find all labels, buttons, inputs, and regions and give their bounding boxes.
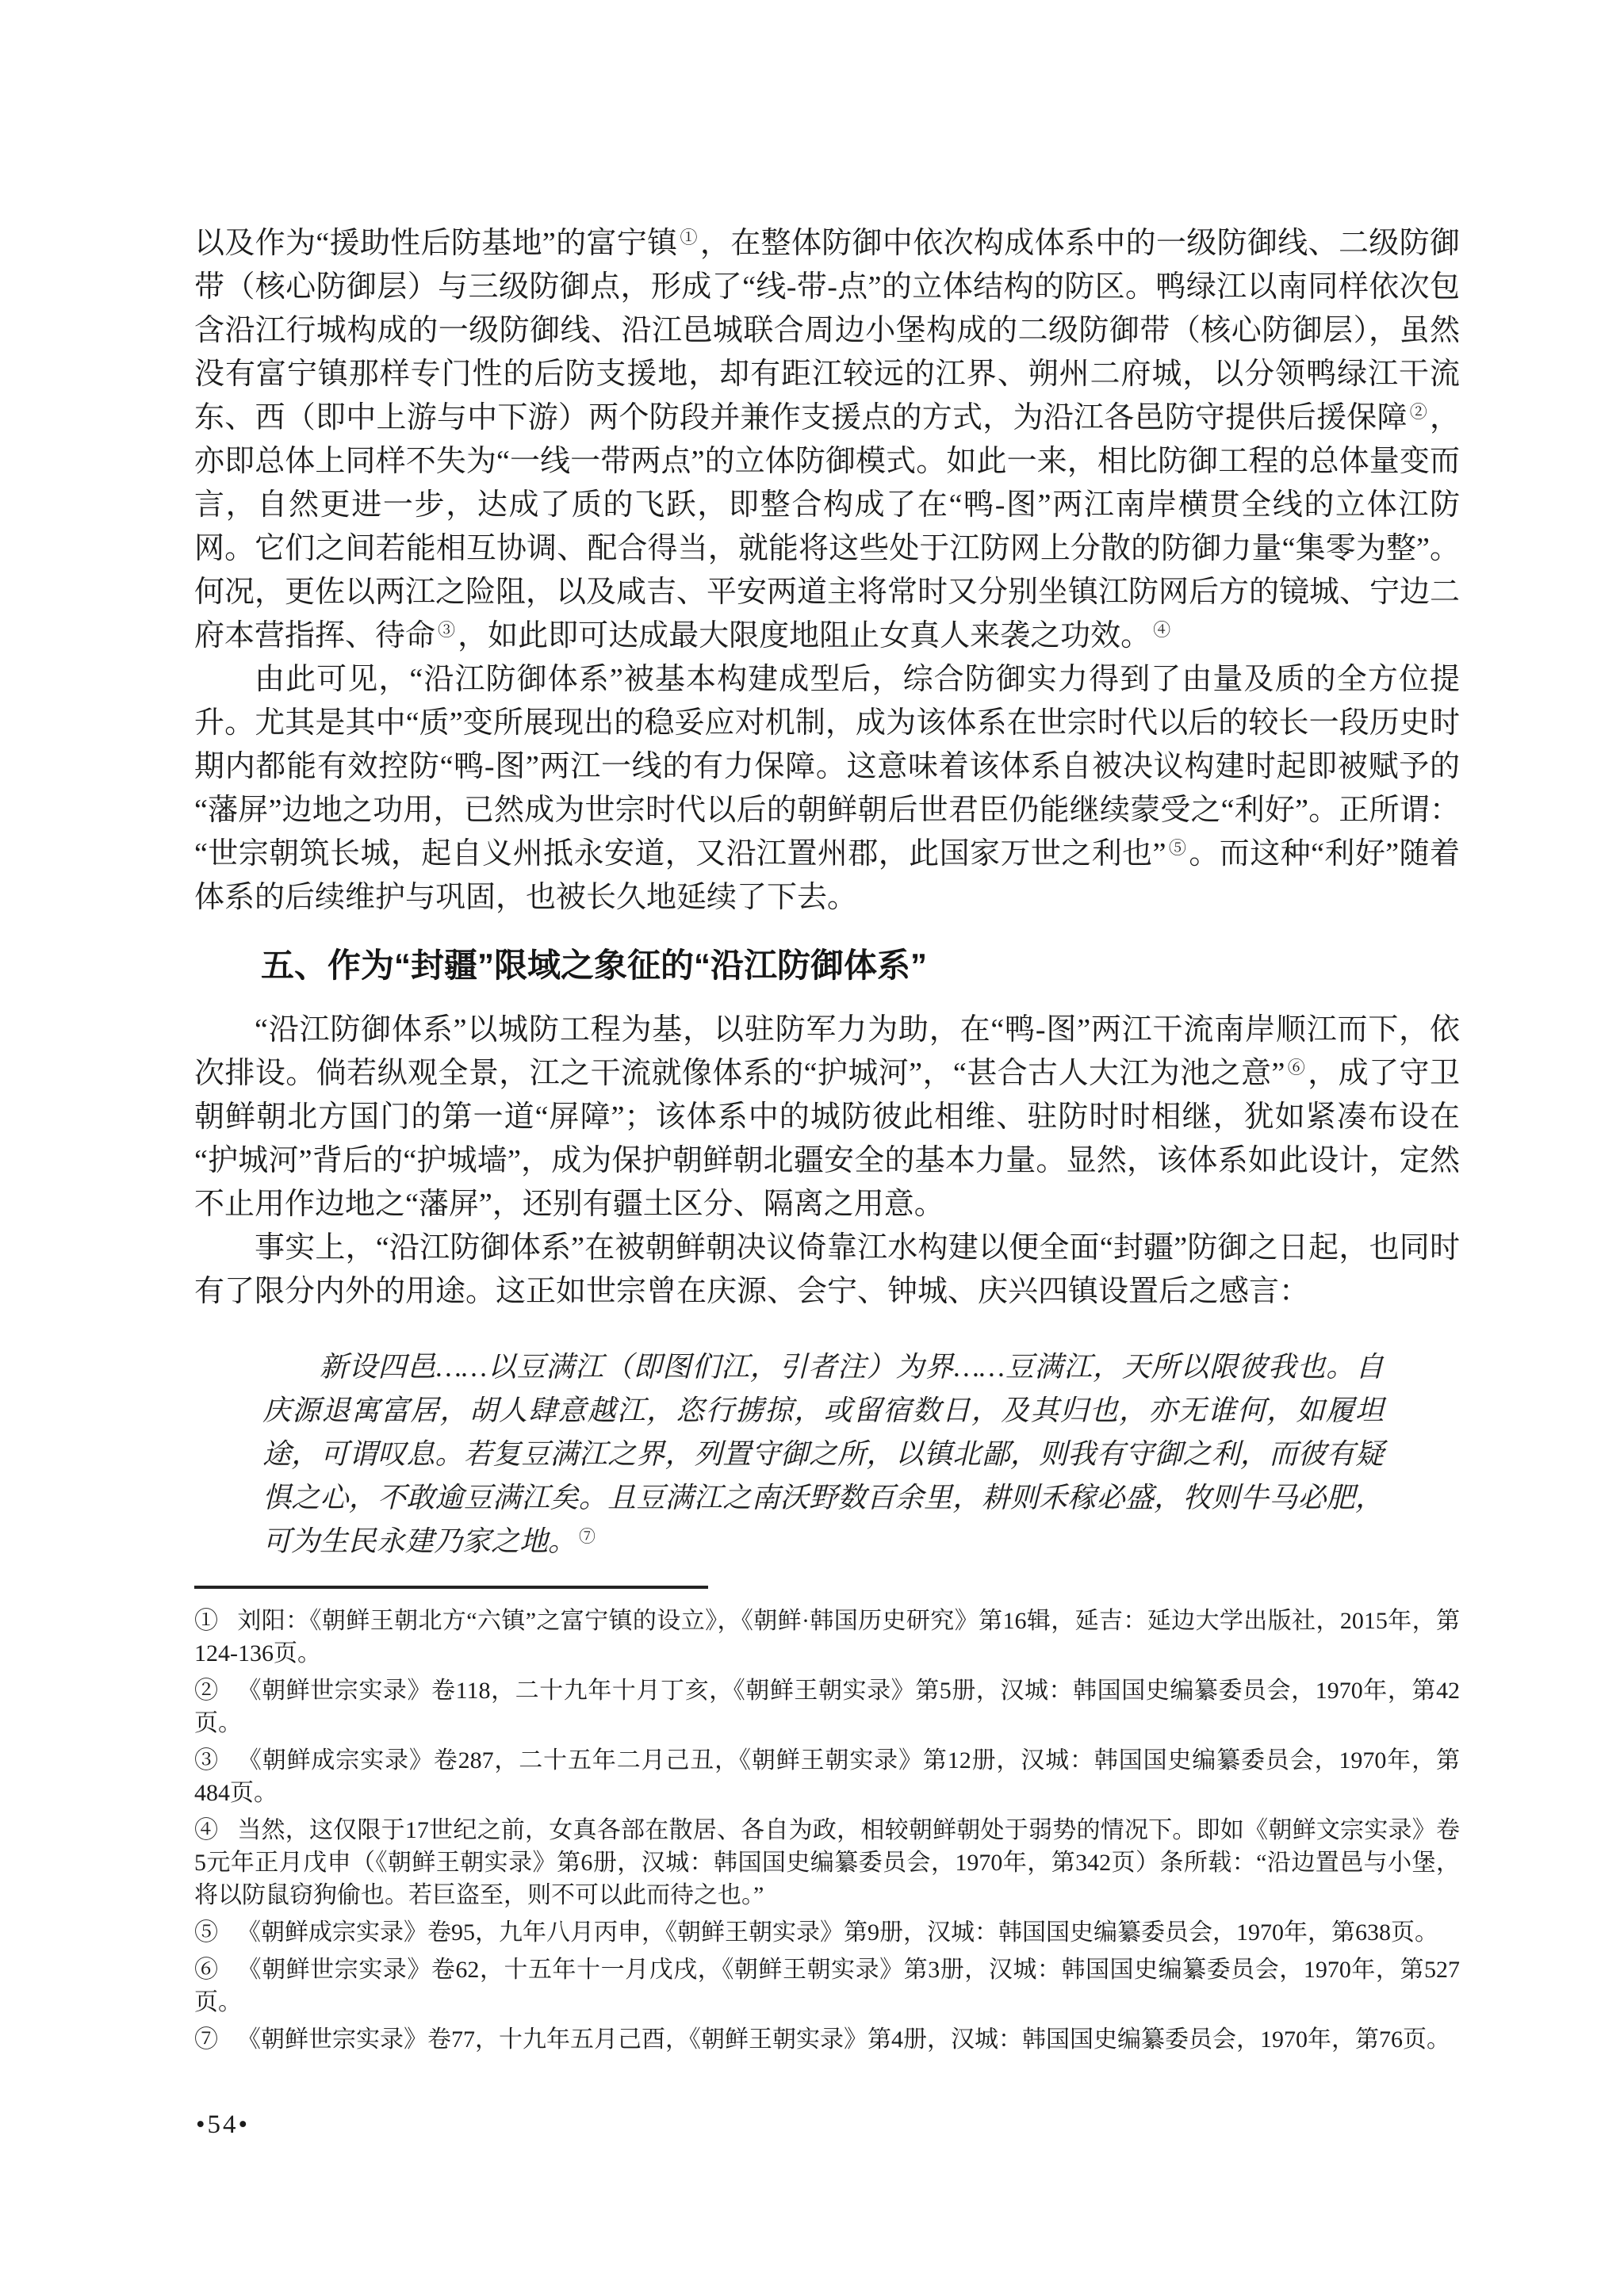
footnote-text: 《朝鲜成宗实录》卷287，二十五年二月己丑，《朝鲜王朝实录》第12册，汉城：韩国… — [194, 1747, 1460, 1806]
page-number: •54• — [196, 2110, 250, 2140]
document-page: 以及作为“援助性后防基地”的富宁镇①，在整体防御中依次构成体系中的一级防御线、二… — [0, 0, 1624, 2296]
paragraph: 事实上，“沿江防御体系”在被朝鲜朝决议倚靠江水构建以便全面“封疆”防御之日起，也… — [194, 1226, 1460, 1314]
footnote-text: 《朝鲜世宗实录》卷77，十九年五月己酉，《朝鲜王朝实录》第4册，汉城：韩国国史编… — [237, 2026, 1450, 2053]
article-body: 以及作为“援助性后防基地”的富宁镇①，在整体防御中依次构成体系中的一级防御线、二… — [194, 222, 1460, 1563]
footnote-marker: ⑦ — [194, 2023, 218, 2056]
footnote-ref: ⑦ — [579, 1527, 596, 1546]
footnote-ref: ⑥ — [1287, 1058, 1305, 1077]
footnote-text: 刘阳：《朝鲜王朝北方“六镇”之富宁镇的设立》，《朝鲜·韩国历史研究》第16辑，延… — [194, 1608, 1460, 1667]
footnote-marker: ⑥ — [194, 1954, 218, 1986]
footnote-ref: ④ — [1153, 620, 1170, 640]
footnote-ref: ① — [680, 228, 697, 247]
footnotes-section: ①刘阳：《朝鲜王朝北方“六镇”之富宁镇的设立》，《朝鲜·韩国历史研究》第16辑，… — [194, 1586, 1460, 2061]
footnote: ④当然，这仅限于17世纪之前，女真各部在散居、各自为政，相较朝鲜朝处于弱势的情况… — [194, 1814, 1460, 1911]
footnote: ⑤《朝鲜成宗实录》卷95，九年八月丙申，《朝鲜王朝实录》第9册，汉城：韩国国史编… — [194, 1916, 1460, 1949]
section-heading: 五、作为“封疆”限域之象征的“沿江防御体系” — [194, 942, 1460, 989]
footnote: ⑦《朝鲜世宗实录》卷77，十九年五月己酉，《朝鲜王朝实录》第4册，汉城：韩国国史… — [194, 2023, 1460, 2056]
block-quote: 新设四邑……以豆满江（即图们江，引者注）为界……豆满江，天所以限彼我也。自庆源退… — [262, 1345, 1384, 1563]
footnote-marker: ③ — [194, 1744, 218, 1777]
footnote-marker: ④ — [194, 1814, 218, 1846]
footnote-marker: ② — [194, 1674, 218, 1707]
footnote-text: 《朝鲜世宗实录》卷118，二十九年十月丁亥，《朝鲜王朝实录》第5册，汉城：韩国国… — [194, 1678, 1460, 1736]
paragraph: 由此可见，“沿江防御体系”被基本构建成型后，综合防御实力得到了由量及质的全方位提… — [194, 658, 1460, 920]
footnote-separator — [194, 1586, 708, 1589]
footnote-ref: ⑤ — [1168, 838, 1186, 858]
paragraph: “沿江防御体系”以城防工程为基，以驻防军力为助，在“鸭-图”两江干流南岸顺江而下… — [194, 1008, 1460, 1226]
footnote-marker: ⑤ — [194, 1916, 218, 1949]
footnote-text: 当然，这仅限于17世纪之前，女真各部在散居、各自为政，相较朝鲜朝处于弱势的情况下… — [194, 1817, 1460, 1908]
paragraph-continuation: 以及作为“援助性后防基地”的富宁镇①，在整体防御中依次构成体系中的一级防御线、二… — [194, 222, 1460, 658]
footnote: ⑥《朝鲜世宗实录》卷62，十五年十一月戊戌，《朝鲜王朝实录》第3册，汉城：韩国国… — [194, 1954, 1460, 2019]
footnote-text: 《朝鲜成宗实录》卷95，九年八月丙申，《朝鲜王朝实录》第9册，汉城：韩国国史编纂… — [237, 1919, 1438, 1946]
footnote-text: 《朝鲜世宗实录》卷62，十五年十一月戊戌，《朝鲜王朝实录》第3册，汉城：韩国国史… — [194, 1957, 1460, 2015]
footnote: ③《朝鲜成宗实录》卷287，二十五年二月己丑，《朝鲜王朝实录》第12册，汉城：韩… — [194, 1744, 1460, 1809]
footnote: ①刘阳：《朝鲜王朝北方“六镇”之富宁镇的设立》，《朝鲜·韩国历史研究》第16辑，… — [194, 1605, 1460, 1670]
footnote-marker: ① — [194, 1605, 218, 1637]
footnote-ref: ③ — [438, 620, 455, 640]
footnote-ref: ② — [1410, 402, 1427, 422]
footnote: ②《朝鲜世宗实录》卷118，二十九年十月丁亥，《朝鲜王朝实录》第5册，汉城：韩国… — [194, 1674, 1460, 1739]
